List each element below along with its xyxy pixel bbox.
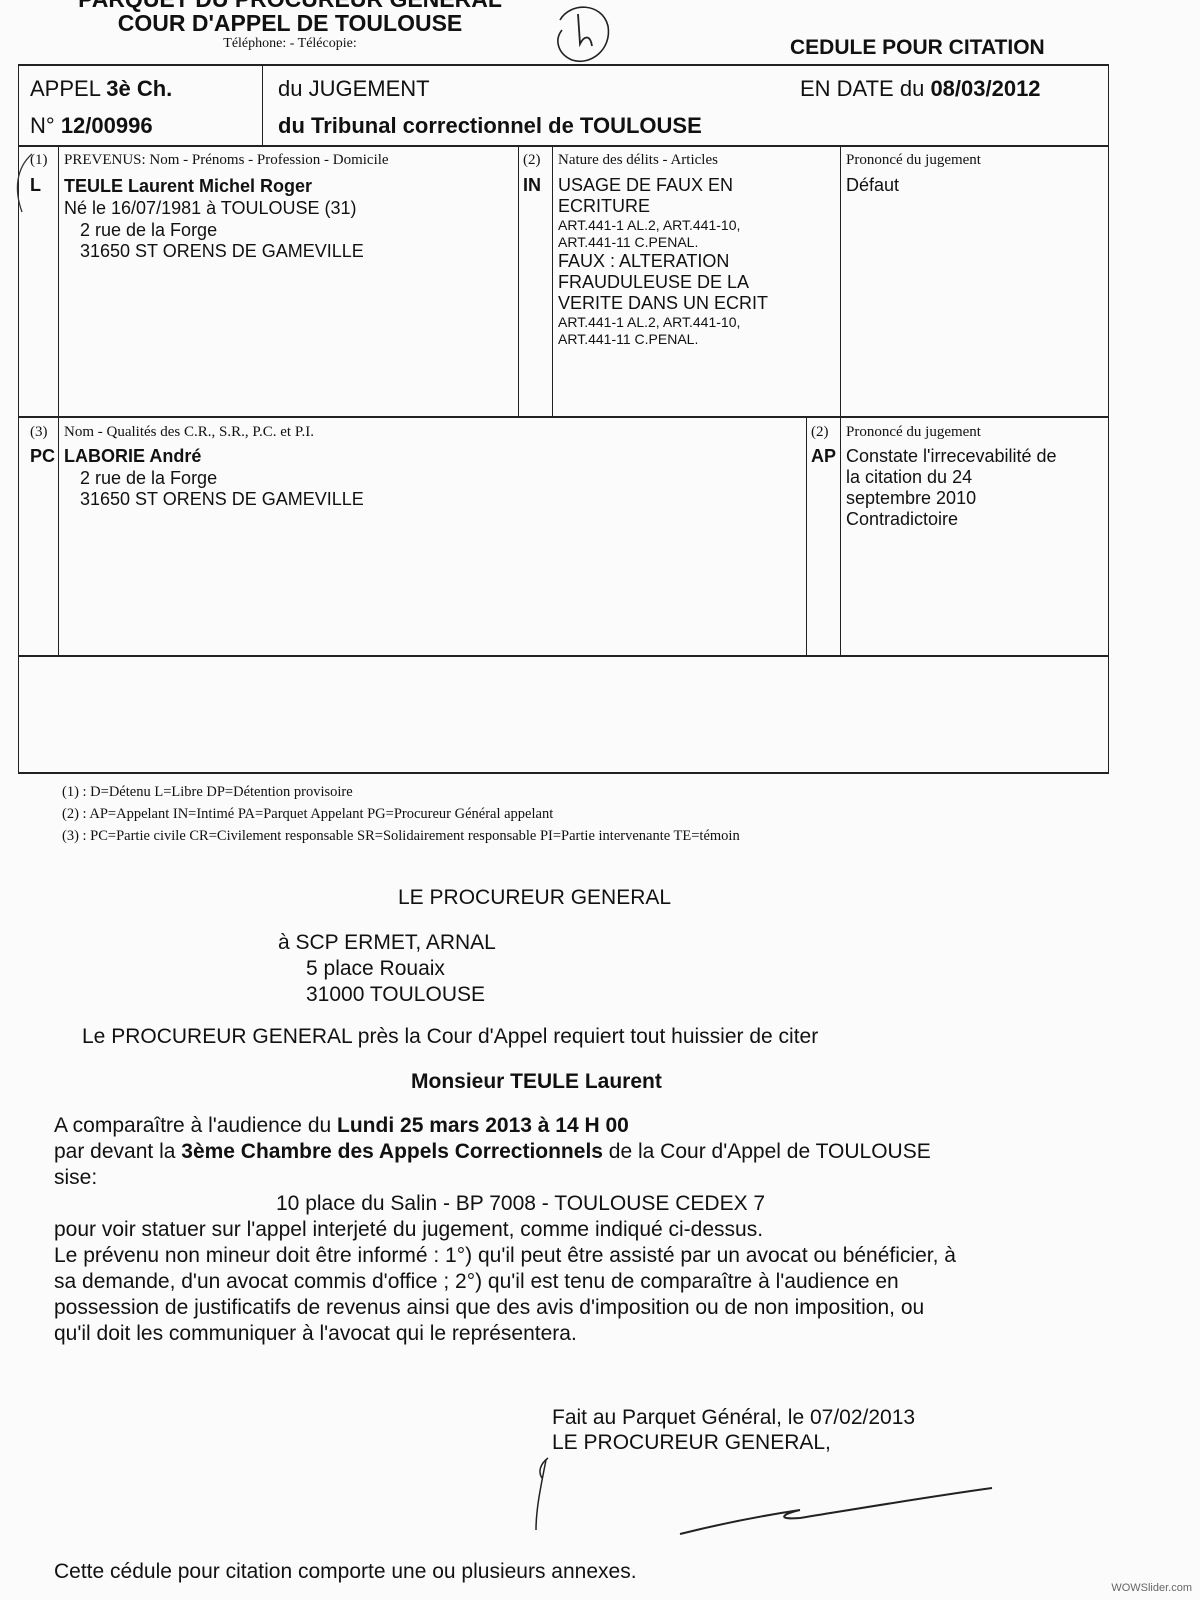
watermark: WOWSlider.com	[1111, 1582, 1192, 1594]
defendant-header: PREVENUS: Nom - Prénoms - Profession - D…	[64, 152, 389, 169]
handwritten-circle-mark-icon	[540, 0, 620, 68]
handwritten-signature-icon	[520, 1450, 1000, 1550]
defendant-role-code: IN	[523, 175, 541, 196]
handwritten-bracket-icon	[10, 150, 40, 220]
civil-party-name: LABORIE André	[64, 446, 201, 467]
civil-party-note-ref: (3)	[30, 424, 48, 441]
offense-item: USAGE DE FAUX EN ECRITURE ART.441-1 AL.2…	[558, 175, 768, 251]
defendant-judgment-header: Prononcé du jugement	[846, 152, 981, 169]
legend-parties: (3) : PC=Partie civile CR=Civilement res…	[62, 828, 740, 845]
annex-note: Cette cédule pour citation comporte une …	[54, 1560, 637, 1584]
citation-request: Le PROCUREUR GENERAL près la Cour d'Appe…	[82, 1025, 818, 1049]
judgment-date: EN DATE du 08/03/2012	[800, 76, 1041, 102]
defendant-judgment: Défaut	[846, 175, 899, 196]
issuer-title: LE PROCUREUR GENERAL	[398, 886, 671, 910]
cited-person: Monsieur TEULE Laurent	[411, 1070, 662, 1094]
judgment-date-value: 08/03/2012	[930, 76, 1040, 101]
civil-party-judgment: Constate l'irrecevabilité de la citation…	[846, 446, 1057, 530]
legend-status: (1) : D=Détenu L=Libre DP=Détention prov…	[62, 784, 353, 801]
civil-party-header: Nom - Qualités des C.R., S.R., P.C. et P…	[64, 424, 314, 441]
civil-party-appeal-code: AP	[811, 446, 836, 467]
defendant-birth: Né le 16/07/1981 à TOULOUSE (31)	[64, 198, 357, 219]
signature-place-date: Fait au Parquet Général, le 07/02/2013	[552, 1406, 915, 1430]
chamber-line: par devant la 3ème Chambre des Appels Co…	[54, 1140, 931, 1164]
offenses-list: USAGE DE FAUX EN ECRITURE ART.441-1 AL.2…	[558, 175, 768, 348]
judgment-label: du JUGEMENT	[278, 76, 430, 102]
defendant-address-line2: 31650 ST ORENS DE GAMEVILLE	[80, 241, 364, 262]
hearing-line: A comparaître à l'audience du Lundi 25 m…	[54, 1114, 629, 1138]
hearing-date: Lundi 25 mars 2013 à 14 H 00	[337, 1114, 629, 1137]
offenses-header: Nature des délits - Articles	[558, 152, 718, 169]
legend-roles: (2) : AP=Appelant IN=Intimé PA=Parquet A…	[62, 806, 553, 823]
civil-party-address-line1: 2 rue de la Forge	[80, 468, 217, 489]
defendant-address-line1: 2 rue de la Forge	[80, 220, 217, 241]
civil-party-address-line2: 31650 ST ORENS DE GAMEVILLE	[80, 489, 364, 510]
contact-line: Téléphone: - Télécopie:	[60, 36, 520, 52]
civil-party-appeal-note-ref: (2)	[811, 424, 829, 441]
document-type-title: CEDULE POUR CITATION	[790, 36, 1045, 60]
sise-label: sise:	[54, 1166, 97, 1190]
tribunal-name: du Tribunal correctionnel de TOULOUSE	[278, 113, 702, 139]
chamber-value: 3è Ch.	[106, 76, 172, 101]
role-note-ref: (2)	[523, 152, 541, 169]
case-number-value: 12/00996	[61, 113, 153, 138]
court-address: 10 place du Salin - BP 7008 - TOULOUSE C…	[276, 1192, 765, 1216]
appeal-chamber: APPEL 3è Ch.	[30, 76, 172, 102]
civil-party-role-code: PC	[30, 446, 55, 467]
offense-item: FAUX : ALTERATION FRAUDULEUSE DE LA VERI…	[558, 251, 768, 348]
chamber-name: 3ème Chambre des Appels Correctionnels	[181, 1140, 603, 1163]
citation-body: pour voir statuer sur l'appel interjeté …	[54, 1217, 956, 1347]
case-number: N° 12/00996	[30, 113, 153, 139]
court-title: COUR D'APPEL DE TOULOUSE	[60, 10, 520, 37]
recipient-address: à SCP ERMET, ARNAL 5 place Rouaix 31000 …	[278, 930, 496, 1008]
civil-party-judgment-header: Prononcé du jugement	[846, 424, 981, 441]
defendant-name: TEULE Laurent Michel Roger	[64, 176, 312, 197]
